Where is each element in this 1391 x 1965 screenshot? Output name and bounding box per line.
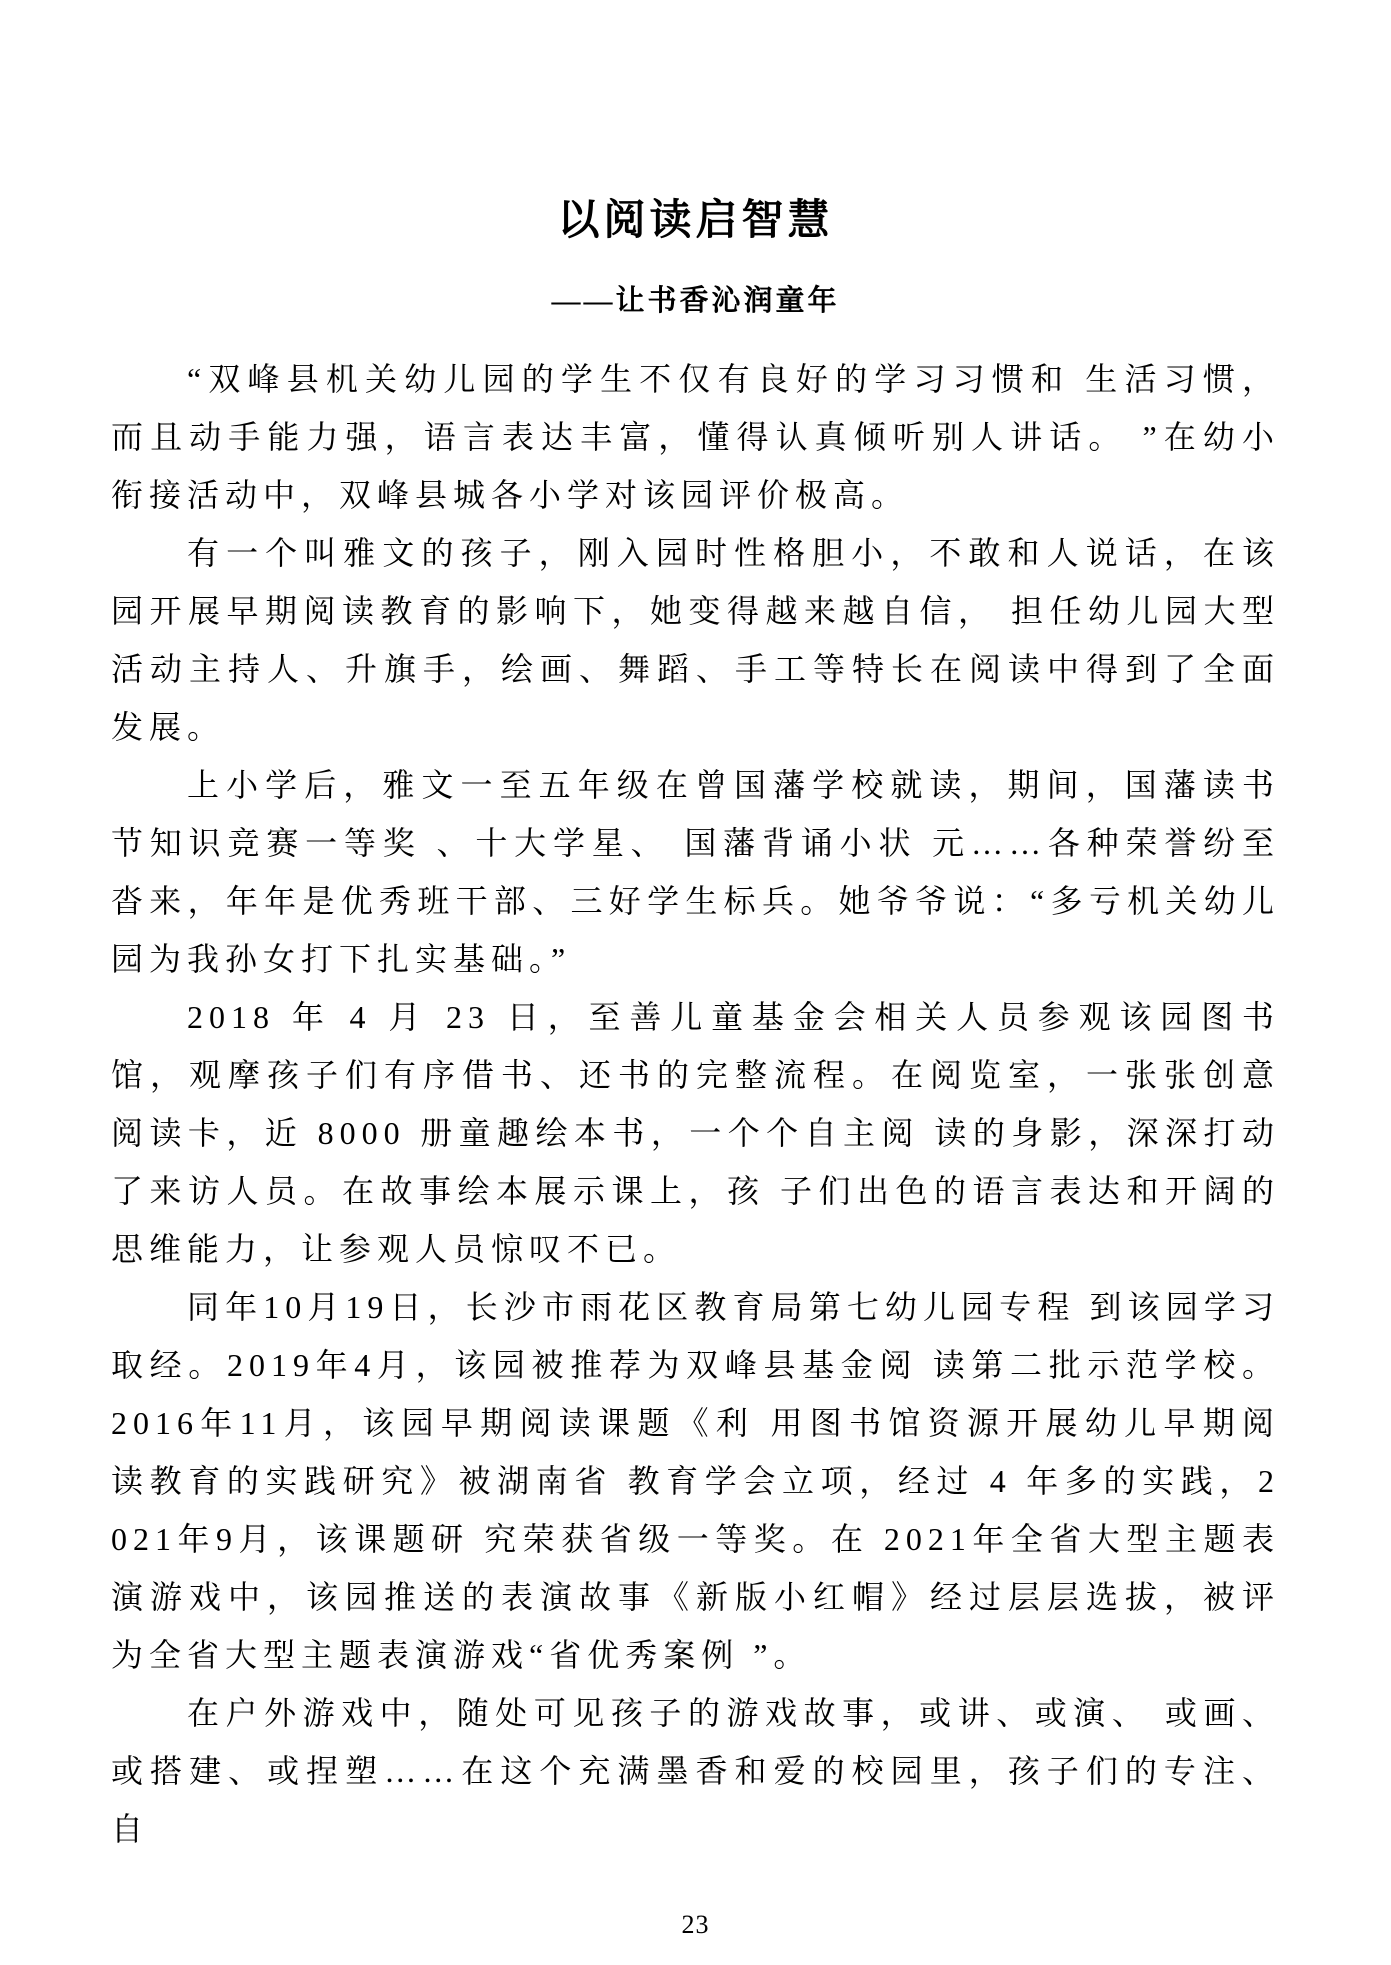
paragraph-6: 在户外游戏中，随处可见孩子的游戏故事，或讲、或演、 或画、或搭建、或捏塑……在这… — [111, 1684, 1280, 1858]
paragraph-2: 有一个叫雅文的孩子，刚入园时性格胆小，不敢和人说话，在该园开展早期阅读教育的影响… — [111, 524, 1280, 756]
document-page: 以阅读启智慧 ——让书香沁润童年 “双峰县机关幼儿园的学生不仅有良好的学习习惯和… — [0, 0, 1391, 1965]
paragraph-3: 上小学后，雅文一至五年级在曾国藩学校就读，期间，国藩读书节知识竞赛一等奖 、十大… — [111, 756, 1280, 988]
page-title: 以阅读启智慧 — [111, 0, 1280, 246]
document-content: 以阅读启智慧 ——让书香沁润童年 “双峰县机关幼儿园的学生不仅有良好的学习习惯和… — [111, 0, 1280, 1940]
page-subtitle: ——让书香沁润童年 — [111, 282, 1280, 320]
paragraph-5: 同年10月19日，长沙市雨花区教育局第七幼儿园专程 到该园学习取经。2019年4… — [111, 1278, 1280, 1684]
document-body: “双峰县机关幼儿园的学生不仅有良好的学习习惯和 生活习惯，而且动手能力强，语言表… — [111, 350, 1280, 1858]
page-number: 23 — [111, 1910, 1280, 1940]
paragraph-4: 2018 年 4 月 23 日，至善儿童基金会相关人员参观该园图书馆，观摩孩子们… — [111, 988, 1280, 1278]
paragraph-1: “双峰县机关幼儿园的学生不仅有良好的学习习惯和 生活习惯，而且动手能力强，语言表… — [111, 350, 1280, 524]
